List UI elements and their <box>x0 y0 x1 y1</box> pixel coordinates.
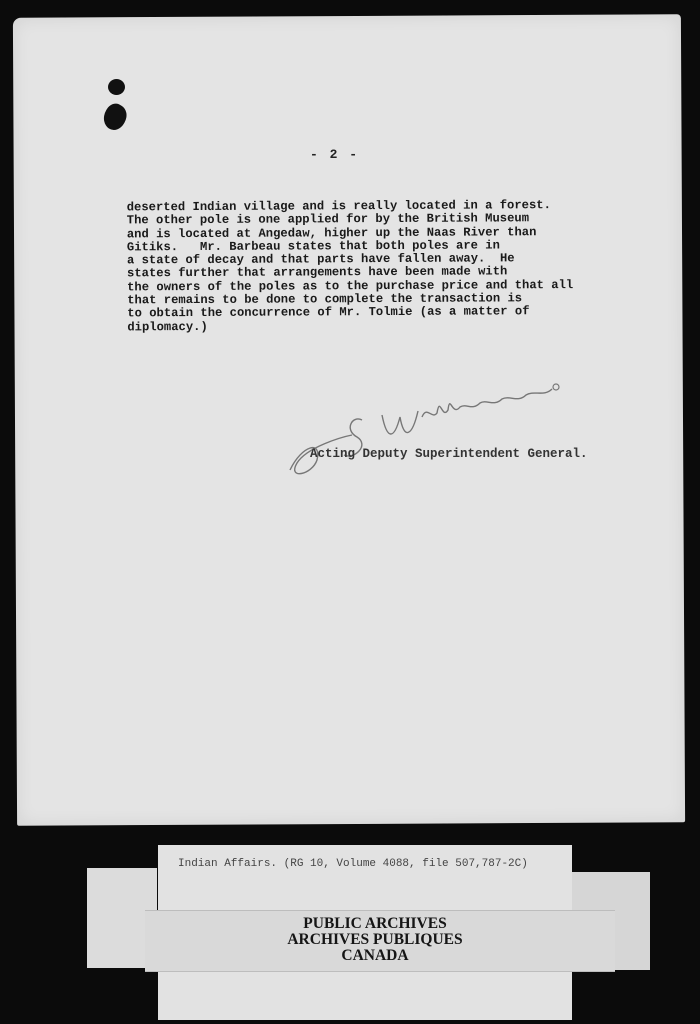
stamp-line: ARCHIVES PUBLIQUES <box>260 932 490 948</box>
page-number: - 2 - <box>310 147 359 162</box>
signature-title: Acting Deputy Superintendent General. <box>310 447 588 461</box>
body-line: diplomacy.) <box>127 318 647 334</box>
archive-reference: Indian Affairs. (RG 10, Volume 4088, fil… <box>178 858 528 870</box>
handwritten-signature <box>282 375 582 485</box>
letter-body: deserted Indian village and is really lo… <box>127 199 648 335</box>
punch-hole <box>108 79 125 95</box>
stamp-line: CANADA <box>260 948 490 964</box>
stamp-line: PUBLIC ARCHIVES <box>260 916 490 932</box>
archive-stamp: PUBLIC ARCHIVES ARCHIVES PUBLIQUES CANAD… <box>260 916 490 964</box>
